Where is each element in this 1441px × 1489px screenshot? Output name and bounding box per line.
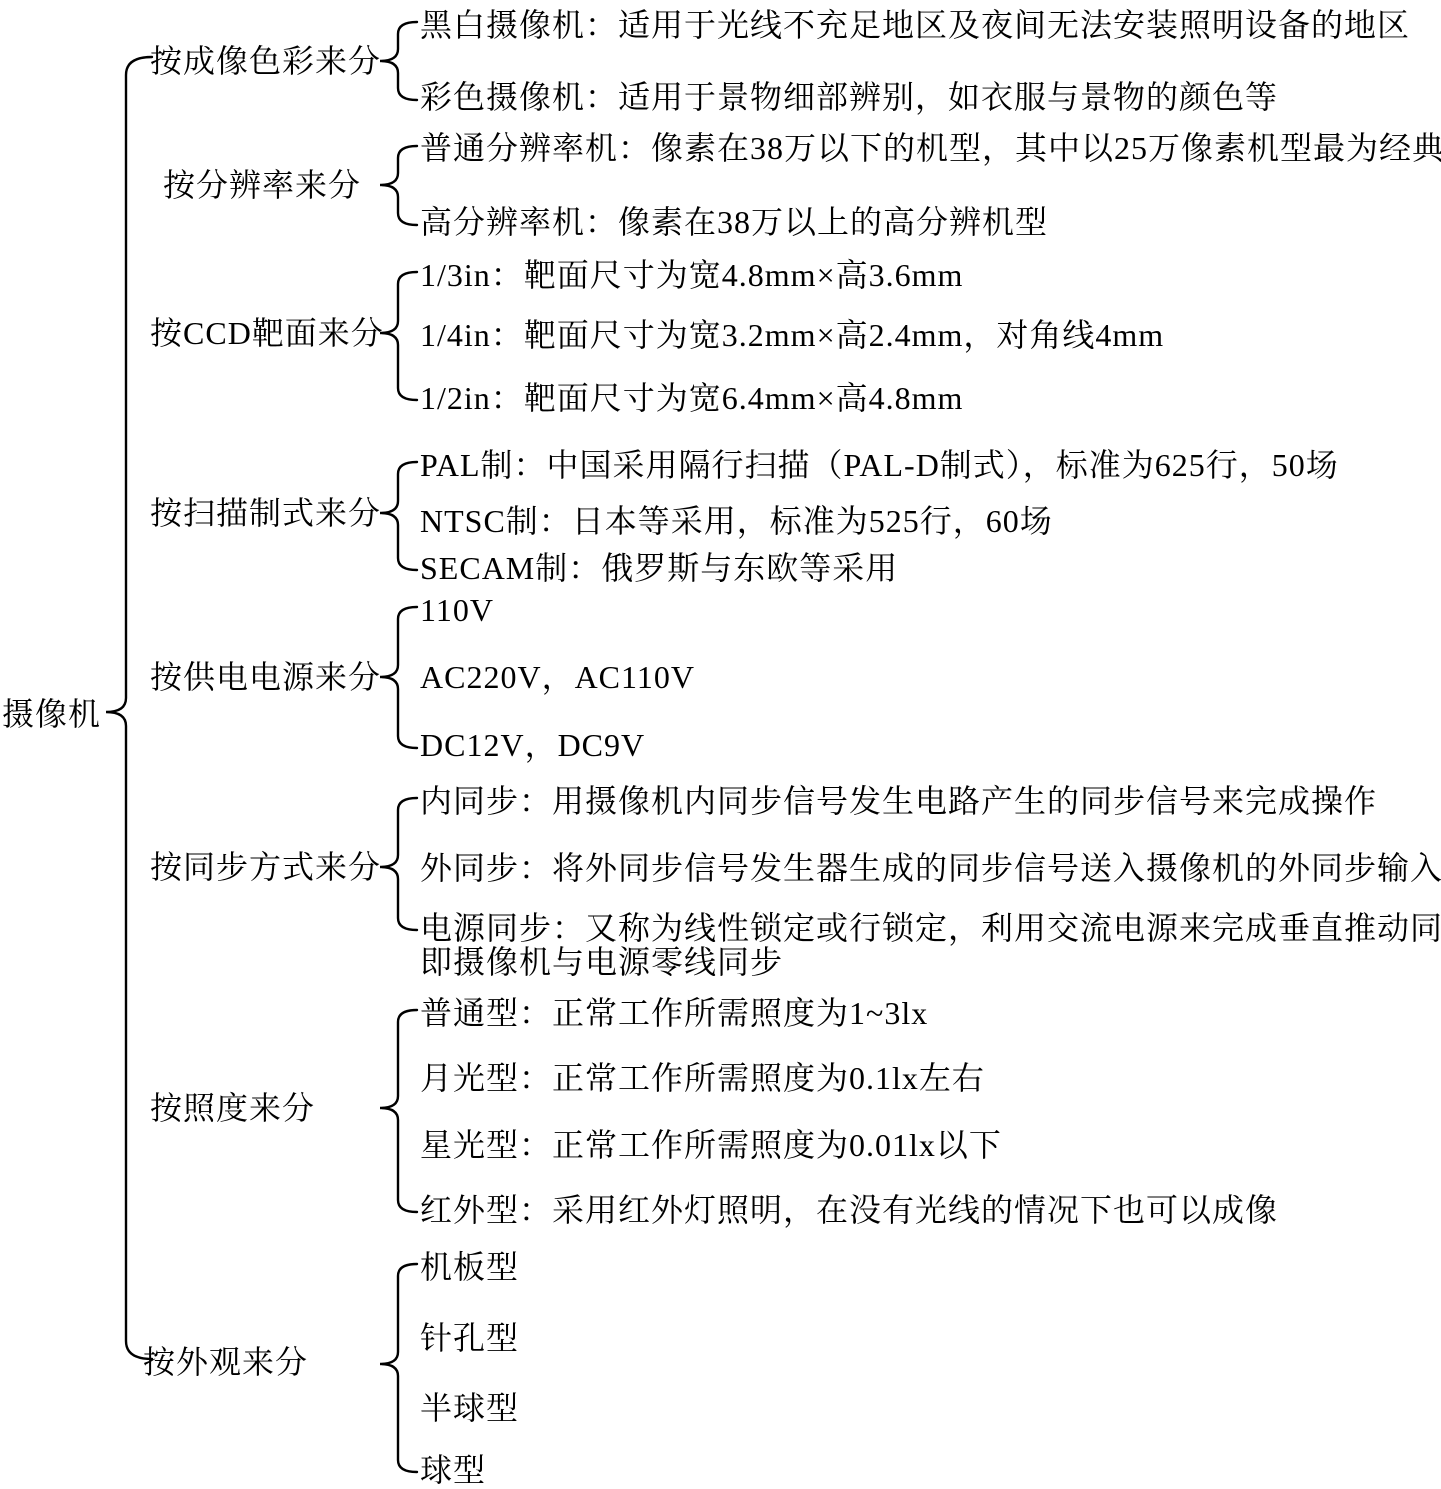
leaf-ac-power: AC220V，AC110V — [420, 658, 695, 696]
leaf-normal-type: 普通型：正常工作所需照度为1~3lx — [420, 994, 928, 1032]
leaf-color-camera: 彩色摄像机：适用于景物细部辨别，如衣服与景物的颜色等 — [420, 78, 1278, 116]
brace-imaging-color — [380, 22, 417, 100]
brace-ccd-target — [380, 272, 417, 400]
camera-classification-diagram: 摄像机 按成像色彩来分 按分辨率来分 按CCD靶面来分 按扫描制式来分 按供电电… — [0, 0, 1441, 1489]
brace-sync-mode — [380, 798, 417, 930]
category-label-resolution: 按分辨率来分 — [163, 166, 361, 204]
brace-power-supply — [380, 607, 417, 748]
leaf-internal-sync: 内同步：用摄像机内同步信号发生电路产生的同步信号来完成操作 — [420, 782, 1377, 820]
category-label-appearance: 按外观来分 — [143, 1343, 308, 1381]
leaf-ccd-1-4in: 1/4in：靶面尺寸为宽3.2mm×高2.4mm，对角线4mm — [420, 316, 1164, 354]
leaf-power-sync-line2: 即摄像机与电源零线同步 — [420, 943, 783, 981]
leaf-infrared-type: 红外型：采用红外灯照明，在没有光线的情况下也可以成像 — [420, 1191, 1278, 1229]
leaf-external-sync: 外同步：将外同步信号发生器生成的同步信号送入摄像机的外同步输入端 — [420, 849, 1441, 887]
brace-scan-system — [380, 462, 417, 570]
leaf-bw-camera: 黑白摄像机：适用于光线不充足地区及夜间无法安装照明设备的地区 — [420, 6, 1410, 44]
leaf-board-type: 机板型 — [420, 1248, 519, 1286]
brace-illuminance — [380, 1010, 417, 1212]
leaf-110v: 110V — [420, 591, 494, 629]
leaf-ball-type: 球型 — [420, 1451, 486, 1489]
category-label-ccd-target: 按CCD靶面来分 — [150, 314, 384, 352]
category-label-imaging-color: 按成像色彩来分 — [150, 42, 381, 80]
category-label-scan-system: 按扫描制式来分 — [150, 494, 381, 532]
leaf-power-sync-line1: 电源同步：又称为线性锁定或行锁定，利用交流电源来完成垂直推动同步， — [420, 909, 1441, 947]
leaf-secam: SECAM制：俄罗斯与东欧等采用 — [420, 549, 898, 587]
root-label: 摄像机 — [2, 695, 101, 733]
leaf-moonlight-type: 月光型：正常工作所需照度为0.1lx左右 — [420, 1059, 985, 1097]
category-label-power-supply: 按供电电源来分 — [150, 658, 381, 696]
leaf-ccd-1-3in: 1/3in：靶面尺寸为宽4.8mm×高3.6mm — [420, 256, 963, 294]
brace-resolution — [380, 146, 417, 225]
leaf-ccd-1-2in: 1/2in：靶面尺寸为宽6.4mm×高4.8mm — [420, 379, 963, 417]
leaf-high-resolution: 高分辨率机：像素在38万以上的高分辨机型 — [420, 203, 1048, 241]
brace-root — [106, 57, 152, 1359]
leaf-dome-type: 半球型 — [420, 1389, 519, 1427]
leaf-pal: PAL制：中国采用隔行扫描（PAL-D制式），标准为625行，50场 — [420, 446, 1339, 484]
leaf-dc-power: DC12V，DC9V — [420, 726, 645, 764]
brace-appearance — [380, 1264, 417, 1472]
category-label-sync-mode: 按同步方式来分 — [150, 848, 381, 886]
leaf-ntsc: NTSC制：日本等采用，标准为525行，60场 — [420, 502, 1053, 540]
leaf-normal-resolution: 普通分辨率机：像素在38万以下的机型，其中以25万像素机型最为经典 — [420, 129, 1441, 167]
leaf-starlight-type: 星光型：正常工作所需照度为0.01lx以下 — [420, 1126, 1002, 1164]
leaf-pinhole-type: 针孔型 — [420, 1319, 519, 1357]
category-label-illuminance: 按照度来分 — [150, 1089, 315, 1127]
